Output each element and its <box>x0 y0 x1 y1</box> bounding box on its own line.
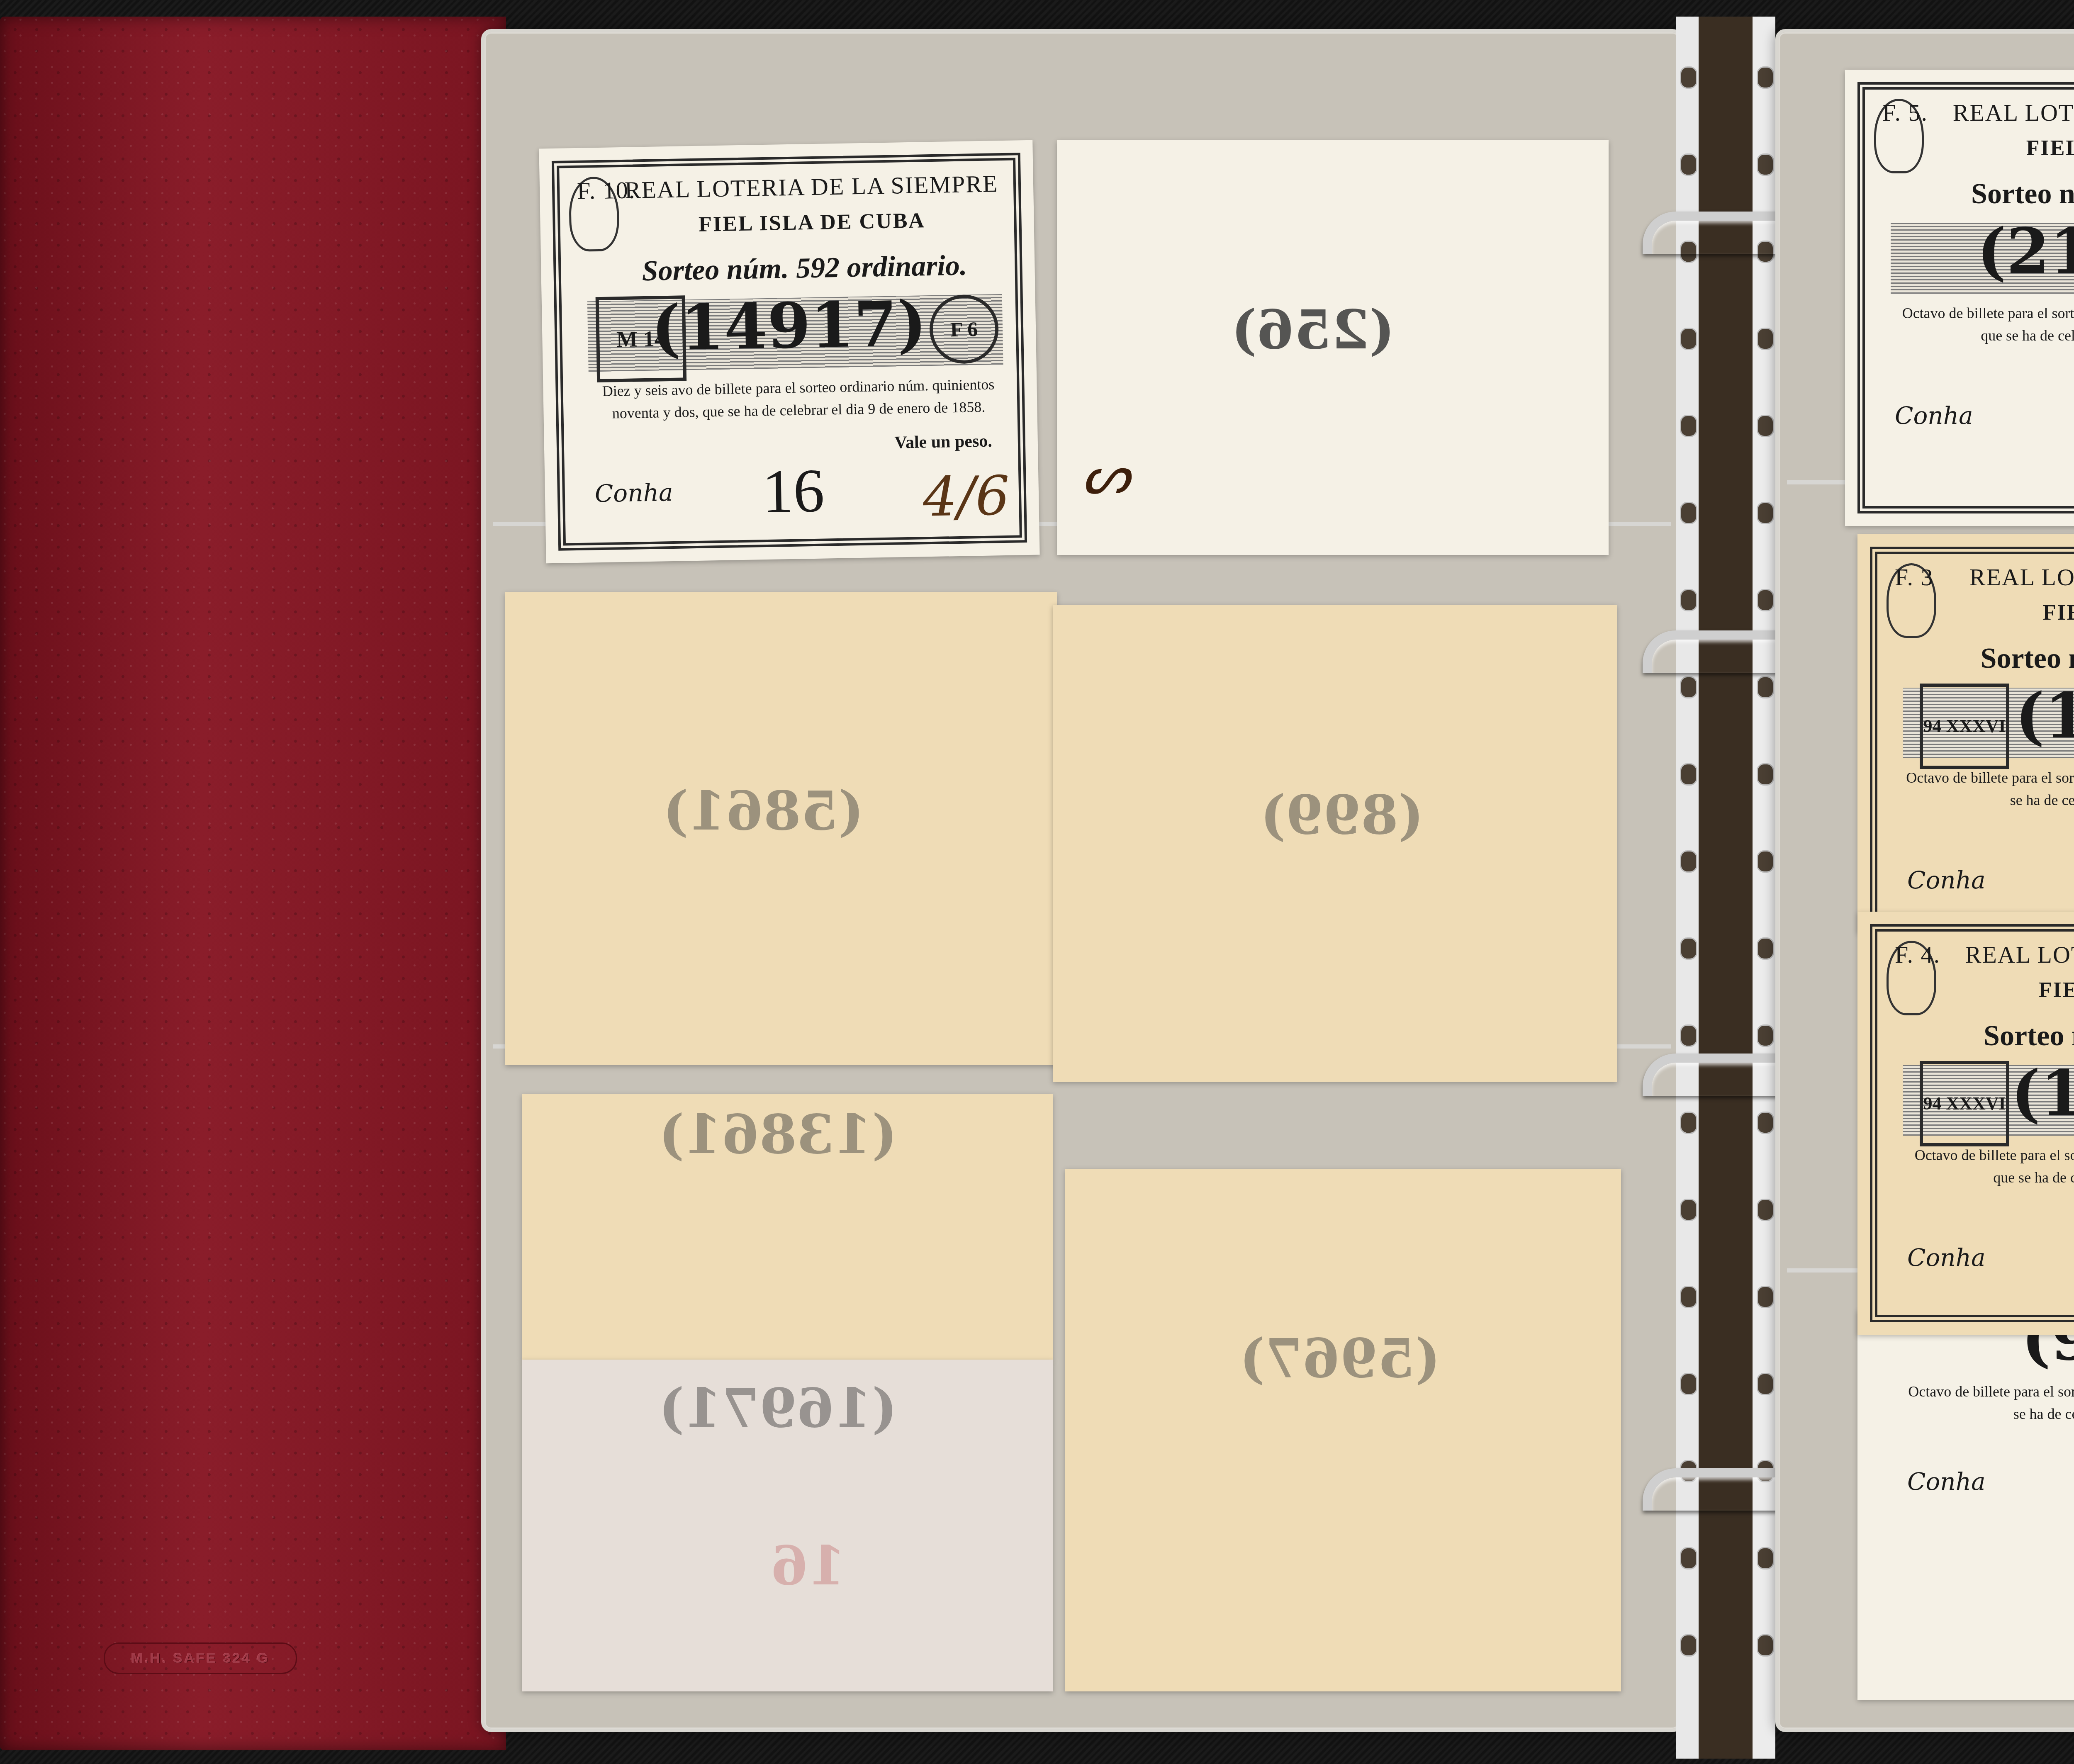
punch-hole <box>1680 1547 1697 1569</box>
punch-hole <box>1680 1373 1697 1395</box>
ticket-value: Vale un peso. <box>894 431 992 453</box>
punch-hole <box>1757 66 1774 89</box>
lottery-ticket-reverse[interactable]: (256) ᔕ <box>1057 140 1609 555</box>
punch-hole <box>1680 1199 1697 1221</box>
mirrored-fraction: 16 <box>771 1534 846 1597</box>
ticket-body-text: Octavo de billete para el sorteo ordinar… <box>1903 1380 2074 1425</box>
punch-hole <box>1757 1373 1774 1395</box>
signature: Conha <box>1907 1243 1986 1272</box>
handwritten-number: 4/6 <box>923 464 1010 529</box>
mirrored-number: (13861) <box>659 1102 897 1166</box>
ticket-fraction: 16 <box>762 455 825 528</box>
ink-mark: ᔕ <box>1082 443 1130 506</box>
ticket-header: F. 5. REAL LOTERIA DE LA SIEMPRE K <box>1920 99 2074 127</box>
ticket-subheader: FIEL ISLA DE CUBA <box>1932 601 2074 625</box>
punch-hole <box>1757 589 1774 611</box>
lottery-ticket-reverse[interactable]: (16971) 16 <box>522 1360 1053 1691</box>
punch-hole <box>1680 937 1697 960</box>
binder-logo: M.H. SAFE 324 G <box>104 1642 297 1674</box>
lottery-ticket[interactable]: (9548) Octavo de billete para el sorteo … <box>1857 1310 2074 1700</box>
lottery-ticket-reverse[interactable]: (5861) <box>505 592 1057 1065</box>
signature: Conha <box>1907 866 1986 894</box>
lottery-ticket-reverse[interactable]: (13861) <box>522 1094 1053 1360</box>
ticket-header: F. 4. REAL LOTERIA DE LA SIEMPRE B <box>1932 941 2074 968</box>
lottery-ticket[interactable]: F. 10. REAL LOTERIA DE LA SIEMPRE FIEL I… <box>539 140 1039 564</box>
signature: Conha <box>1907 1467 1986 1496</box>
mirrored-number: (256) <box>1231 298 1395 361</box>
ticket-body-text: Diez y seis avo de billete para el sorte… <box>589 373 1008 425</box>
mirrored-number: (5861) <box>663 779 864 842</box>
punch-hole <box>1757 328 1774 350</box>
punch-hole <box>1757 1112 1774 1134</box>
punch-hole <box>1757 153 1774 176</box>
draw-number: Sorteo núm. 597 ordinario. <box>1916 642 2074 675</box>
ticket-subheader: FIEL ISLA DE CUBA <box>1920 136 2074 161</box>
punch-hole <box>1757 1024 1774 1047</box>
punch-hole <box>1680 66 1697 89</box>
punch-hole <box>1680 676 1697 698</box>
mirrored-number: (899) <box>1260 783 1424 847</box>
punch-hole <box>1680 1634 1697 1657</box>
punch-hole <box>1757 1199 1774 1221</box>
mirrored-number: (16971) <box>659 1376 897 1440</box>
punch-hole <box>1680 1024 1697 1047</box>
punch-hole <box>1757 850 1774 873</box>
left-pocket-page[interactable]: F. 10. REAL LOTERIA DE LA SIEMPRE FIEL I… <box>481 29 1682 1732</box>
punch-hole <box>1680 1286 1697 1308</box>
punch-hole <box>1680 153 1697 176</box>
punch-hole <box>1757 1634 1774 1657</box>
punch-hole <box>1680 589 1697 611</box>
ticket-body-text: Octavo de billete para el sorteo ordinar… <box>1903 1144 2074 1189</box>
punch-hole <box>1680 763 1697 786</box>
ticket-number: (1570) <box>1857 679 2074 752</box>
punch-hole <box>1680 1112 1697 1134</box>
draw-number: Sorteo núm 597 ordinario <box>1916 1019 2074 1053</box>
ticket-number: (21557) <box>1845 215 2074 288</box>
lottery-ticket-reverse[interactable]: (899) <box>1053 605 1617 1082</box>
punch-hole <box>1757 502 1774 524</box>
lottery-ticket[interactable]: F. 4. REAL LOTERIA DE LA SIEMPRE B FIEL … <box>1857 912 2074 1335</box>
ticket-header: F. 3 REAL LOTERIA DE LA SIEMPRE D <box>1932 563 2074 591</box>
lottery-ticket[interactable]: F. 3 REAL LOTERIA DE LA SIEMPRE D FIEL I… <box>1857 534 2074 932</box>
punch-hole <box>1680 850 1697 873</box>
punch-hole <box>1757 763 1774 786</box>
punch-hole <box>1680 415 1697 437</box>
lottery-ticket-reverse[interactable]: (5967) <box>1065 1169 1621 1691</box>
punch-hole <box>1680 502 1697 524</box>
ticket-body-text: Octavo de billete para el sorteo ordinar… <box>1903 766 2074 811</box>
punch-hole <box>1680 328 1697 350</box>
punch-hole <box>1757 415 1774 437</box>
binder-cover-left: M.H. SAFE 324 G <box>0 17 506 1750</box>
ticket-number: (14917) <box>541 285 1036 367</box>
signature: Conha <box>594 478 673 508</box>
lottery-ticket[interactable]: F. 5. REAL LOTERIA DE LA SIEMPRE K FIEL … <box>1845 70 2074 526</box>
ticket-body-text: Octavo de billete para el sorteo ordinar… <box>1891 302 2074 347</box>
ticket-subheader: FIEL ISLA DE CUBA <box>1932 978 2074 1002</box>
mirrored-number: (5967) <box>1239 1326 1441 1390</box>
ticket-number: (1570) <box>1857 1057 2074 1130</box>
binder: M.H. SAFE 324 G F. 10. REAL LOTERIA DE L… <box>0 0 2074 1764</box>
punch-hole <box>1757 1286 1774 1308</box>
punch-hole <box>1757 937 1774 960</box>
signature: Conha <box>1895 401 1973 430</box>
punch-hole <box>1757 1547 1774 1569</box>
right-pocket-page[interactable]: Sorteo número 738. F. 5ª REAL LOTERIA DE… <box>1775 29 2074 1732</box>
draw-number: Sorteo núm 597 ordinario <box>1903 178 2074 211</box>
punch-hole <box>1757 676 1774 698</box>
